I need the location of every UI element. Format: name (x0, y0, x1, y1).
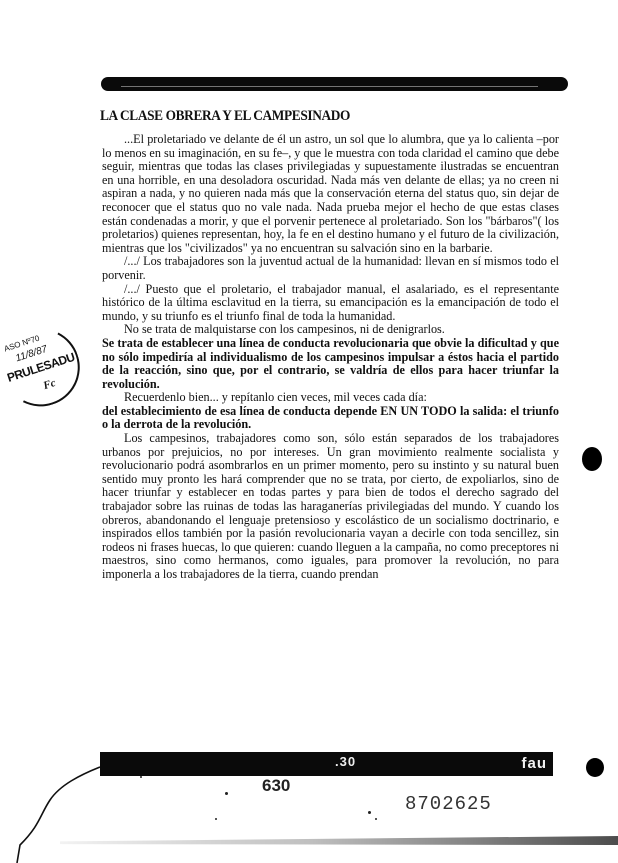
article-title: LA CLASE OBRERA Y EL CAMPESINADO (100, 108, 350, 125)
archive-stamp: ASO Nº70 11/8/87 PRULESADU Fc (0, 318, 92, 419)
punch-hole-mark (586, 758, 604, 777)
scan-edge-curve (0, 740, 110, 863)
punch-hole-mark (582, 447, 602, 471)
paragraph: Recuerdenlo bien... y repítanlo cien vec… (102, 391, 559, 405)
paragraph: /.../ Puesto que el proletario, el traba… (102, 283, 559, 324)
scan-speck (375, 818, 377, 820)
scan-speck (368, 811, 371, 814)
folio-number: 630 (262, 776, 290, 796)
scan-speck (215, 818, 217, 820)
scan-edge-shadow (60, 836, 618, 845)
document-number: 8702625 (405, 793, 492, 815)
article-body: ...El proletariado ve delante de él un a… (102, 133, 559, 582)
footer-bar: .30 fau (100, 752, 553, 776)
paragraph: Se trata de establecer una línea de cond… (102, 337, 559, 391)
paragraph: Los campesinos, trabajadores como son, s… (102, 432, 559, 582)
paragraph: No se trata de malquistarse con los camp… (102, 323, 559, 337)
paragraph: del establecimiento de esa línea de cond… (102, 405, 559, 432)
header-rule (101, 77, 568, 91)
publication-brand: fau (522, 755, 548, 772)
page-number: .30 (335, 754, 356, 769)
scan-speck (225, 792, 228, 795)
scan-speck (140, 776, 142, 778)
paragraph: ...El proletariado ve delante de él un a… (102, 133, 559, 255)
paragraph: /.../ Los trabajadores son la juventud a… (102, 255, 559, 282)
